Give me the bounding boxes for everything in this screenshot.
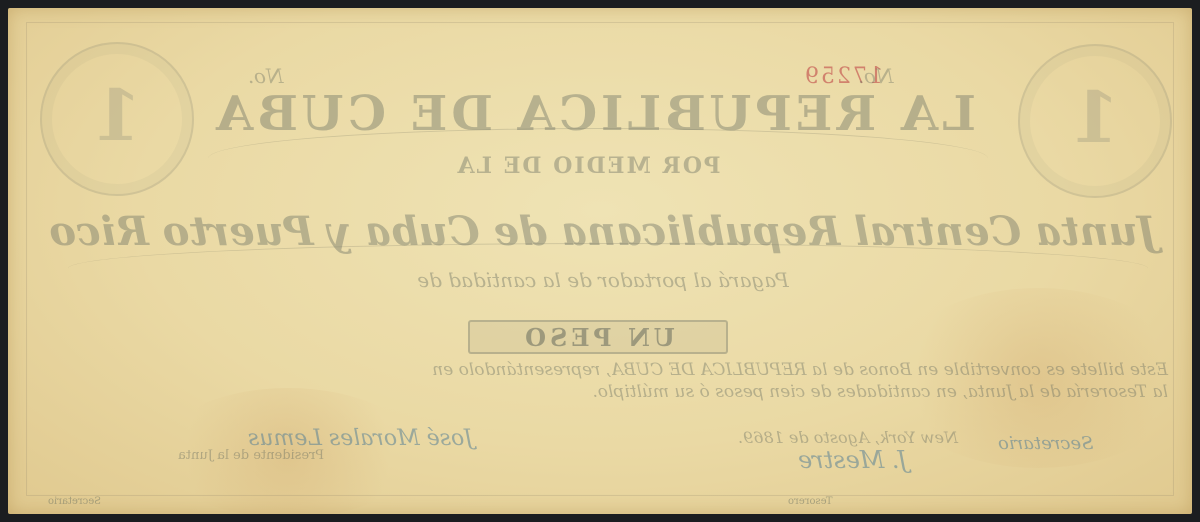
corner-medallion-right: 1 xyxy=(1018,44,1172,198)
number-mark-right: No. xyxy=(858,64,894,88)
signature-left-title: Presidente de la Junta xyxy=(178,448,324,463)
denomination-panel: UN PESO xyxy=(388,320,808,354)
payable-line: Pagará al portador de la cantidad de xyxy=(208,268,998,292)
corner-numeral-left: 1 xyxy=(42,74,192,157)
number-mark-left: No. xyxy=(248,64,284,88)
signature-center: J. Mestre xyxy=(798,446,907,474)
issuer-name: Junta Central Republicana de Cuba y Puer… xyxy=(48,208,1158,255)
printer-mark-right: Tesorero xyxy=(788,496,832,507)
note-title: LA REPUBLICA DE CUBA xyxy=(236,86,976,142)
denomination-label: UN PESO xyxy=(388,323,808,352)
corner-medallion-left: 1 xyxy=(40,42,194,196)
banknote: 1 1 No. 17259 No. LA REPUBLICA DE CUBA P… xyxy=(8,8,1192,514)
corner-numeral-right: 1 xyxy=(1020,76,1170,159)
body-text-line-2: la Tesorería de la Junta, en cantidades … xyxy=(238,382,1168,402)
note-subtitle: POR MEDIO DE LA xyxy=(378,153,798,179)
signature-right: Secretario xyxy=(998,433,1093,454)
body-text-line-1: Este billete es convertible en Bonos de … xyxy=(238,360,1168,380)
date-line: New York, Agosto de 1869. xyxy=(658,428,958,447)
printer-mark-left: Secretario xyxy=(48,496,101,507)
